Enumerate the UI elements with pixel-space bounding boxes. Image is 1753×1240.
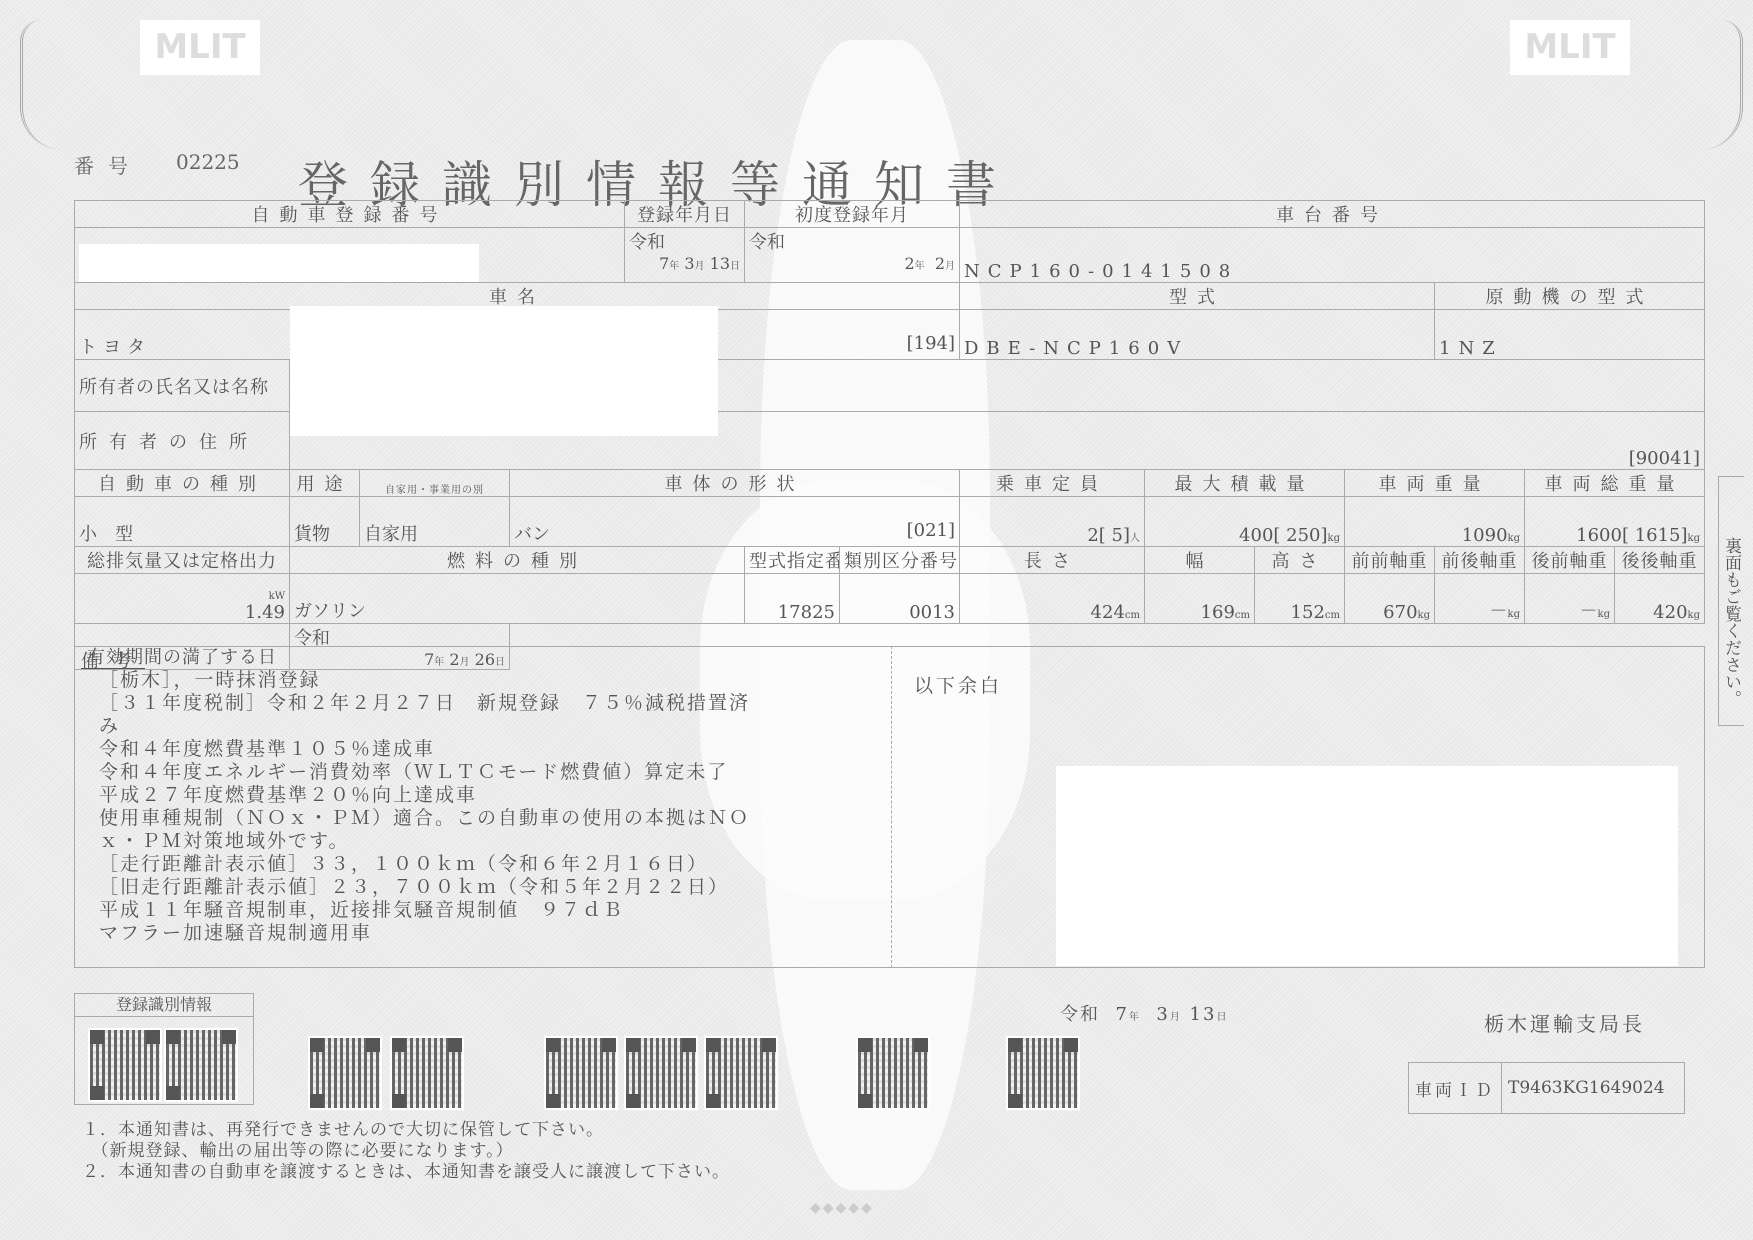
footer-notes: １．本通知書は、再発行できませんので大切に保管して下さい。 （新規登録、輸出の届… <box>82 1120 730 1183</box>
qr-code-icon <box>704 1036 778 1110</box>
unit: kg <box>1688 533 1700 544</box>
body-code: [021] <box>907 520 955 541</box>
engine-model-value: 1NZ <box>1435 310 1705 360</box>
unit: 年 <box>1129 1012 1141 1023</box>
note-line: １．本通知書は、再発行できませんので大切に保管して下さい。 <box>82 1120 730 1141</box>
watermark-logo-right: MLIT <box>1510 20 1630 75</box>
remark-line: 平成２７年度燃費基準２０％向上達成車 <box>99 784 750 807</box>
qr-code-icon <box>624 1036 698 1110</box>
remark-line: 令和４年度燃費基準１０５％達成車 <box>99 738 750 761</box>
year: 7 <box>659 254 669 273</box>
ff-axle: 670 <box>1383 602 1417 623</box>
remark-line: ［走行距離計表示値］３３，１００ｋｍ（令和６年２月１６日） <box>99 853 750 876</box>
model-value: DBE-NCP160V <box>960 310 1435 360</box>
unit: 日 <box>730 261 740 272</box>
first-registration-value: 令和 2年 2月 <box>745 228 960 283</box>
width: 169 <box>1201 602 1235 623</box>
unit: kg <box>1418 610 1430 621</box>
address-code: [90041] <box>1629 448 1700 469</box>
remark-line: 平成１１年騒音規制車，近接排気騒音規制値 ９７ｄＢ <box>99 899 750 922</box>
rf-axle: － <box>1580 601 1598 622</box>
maker-code: [194] <box>907 333 955 354</box>
fuel-type-value: ガソリン <box>290 574 745 624</box>
era: 令和 <box>629 228 740 254</box>
header-model: 型式 <box>960 283 1435 310</box>
gross-weight: 1600[ 1615] <box>1576 525 1687 546</box>
ornament-left <box>20 20 63 150</box>
remark-line: 使用車種規制（ＮＯｘ・ＰＭ）適合。この自動車の使用の本拠はＮＯ <box>99 807 750 830</box>
vehicle-id-label: 車両ＩＤ <box>1409 1063 1502 1113</box>
unit: kW <box>79 591 285 602</box>
qr-code-icon <box>544 1036 618 1110</box>
day: 13 <box>1190 1004 1217 1025</box>
watermark-logo-left: MLIT <box>140 20 260 75</box>
remark-line: ［栃木］，一時抹消登録 <box>99 669 750 692</box>
private-business-value: 自家用 <box>360 497 510 547</box>
remark-line: ｘ・ＰＭ対策地域外です。 <box>99 830 750 853</box>
capacity-value: 2[ 5]人 <box>960 497 1145 547</box>
height: 152 <box>1291 602 1325 623</box>
header-chassis-number: 車台番号 <box>960 201 1705 228</box>
owner-address-label: 所有者の住所 <box>75 412 290 470</box>
issue-date: 令和 7年 3月 13日 <box>1060 1000 1228 1026</box>
redacted-vehicle-name <box>290 306 718 436</box>
vehicle-id-box: 車両ＩＤ T9463KG1649024 <box>1408 1062 1685 1114</box>
remarks-right-section: 以下余白 <box>890 646 1705 968</box>
header-width: 幅 <box>1145 547 1255 574</box>
month: 3 <box>684 254 694 273</box>
header-registration-number: 自動車登録番号 <box>75 201 625 228</box>
header-first-registration: 初度登録年月 <box>745 201 960 228</box>
header-usage: 用途 <box>290 470 360 497</box>
remarks-section: 備考 ［栃木］，一時抹消登録［３１年度税制］令和２年２月２７日 新規登録 ７５％… <box>74 646 892 968</box>
header-category-number: 類別区分番号 <box>840 547 960 574</box>
length-value: 424cm <box>960 574 1145 624</box>
rr-axle: 420 <box>1653 602 1687 623</box>
unit: 日 <box>1216 1012 1228 1023</box>
header-private-business: 自家用・事業用の別 <box>360 470 510 497</box>
header-length: 長さ <box>960 547 1145 574</box>
registration-number-value <box>75 228 625 283</box>
body-shape: バン <box>514 524 550 545</box>
remark-line: ［旧走行距離計表示値］２３，７００ｋｍ（令和５年２月２２日） <box>99 876 750 899</box>
unit: kg <box>1598 609 1610 620</box>
remark-line: 令和４年度エネルギー消費効率（ＷＬＴＣモード燃費値）算定未了 <box>99 761 750 784</box>
day: 13 <box>710 254 730 273</box>
header-fuel-type: 燃料の種別 <box>290 547 745 574</box>
ornament-right <box>1700 20 1743 150</box>
unit: 月 <box>695 261 705 272</box>
unit: kg <box>1508 609 1520 620</box>
year: 7 <box>1115 1004 1128 1025</box>
header-registration-date: 登録年月日 <box>625 201 745 228</box>
vehicle-weight-value: 1090kg <box>1345 497 1525 547</box>
issuer: 栃木運輸支局長 <box>1484 1008 1645 1037</box>
length: 424 <box>1091 602 1125 623</box>
blank-below-text: 以下余白 <box>914 671 1002 698</box>
fr-axle: － <box>1490 601 1508 622</box>
header-height: 高さ <box>1255 547 1345 574</box>
header-engine-model: 原動機の型式 <box>1435 283 1705 310</box>
unit: cm <box>1235 610 1250 621</box>
max-load: 400[ 250] <box>1239 525 1327 546</box>
capacity: 2[ 5] <box>1087 525 1130 546</box>
qr-box-title: 登録識別情報 <box>75 994 253 1017</box>
header-capacity: 乗車定員 <box>960 470 1145 497</box>
type-designation-value: 17825 <box>745 574 840 624</box>
footer-watermark: ◆◆◆◆◆ <box>810 1200 874 1216</box>
chassis-number-value: NCP160-0141508 <box>960 228 1705 283</box>
unit: 月 <box>945 261 955 272</box>
header-displacement: 総排気量又は定格出力 <box>75 547 290 574</box>
month: 3 <box>1156 1004 1169 1025</box>
header-gross-weight: 車両総重量 <box>1525 470 1705 497</box>
header-rr-axle: 後後軸重 <box>1615 547 1705 574</box>
qr-code-icon <box>88 1028 162 1102</box>
rr-axle-value: 420kg <box>1615 574 1705 624</box>
remark-line: ［３１年度税制］令和２年２月２７日 新規登録 ７５％減税措置済 <box>99 692 750 715</box>
header-ff-axle: 前前軸重 <box>1345 547 1435 574</box>
displacement: 1.49 <box>245 602 285 623</box>
remark-line: マフラー加速騒音規制適用車 <box>99 922 750 945</box>
registration-date-value: 令和 7年 3月 13日 <box>625 228 745 283</box>
rf-axle-value: －kg <box>1525 574 1615 624</box>
note-line: ２．本通知書の自動車を譲渡するときは、本通知書を譲受人に譲渡して下さい。 <box>82 1162 730 1183</box>
header-vehicle-class: 自動車の種別 <box>75 470 290 497</box>
unit: 月 <box>1170 1012 1182 1023</box>
header-body-shape: 車体の形状 <box>510 470 960 497</box>
serial-label: 番号 <box>74 150 142 179</box>
month: 2 <box>935 254 945 273</box>
header-fr-axle: 前後軸重 <box>1435 547 1525 574</box>
qr-code-icon <box>390 1036 464 1110</box>
body-shape-value: バン [021] <box>510 497 960 547</box>
qr-code-icon <box>164 1028 238 1102</box>
height-value: 152cm <box>1255 574 1345 624</box>
unit: cm <box>1125 610 1140 621</box>
gross-weight-value: 1600[ 1615]kg <box>1525 497 1705 547</box>
header-vehicle-weight: 車両重量 <box>1345 470 1525 497</box>
unit: 人 <box>1130 533 1140 544</box>
unit: kg <box>1328 533 1340 544</box>
max-load-value: 400[ 250]kg <box>1145 497 1345 547</box>
qr-code-icon <box>1006 1036 1080 1110</box>
vehicle-weight: 1090 <box>1462 525 1508 546</box>
header-max-load: 最大積載量 <box>1145 470 1345 497</box>
vehicle-id-value: T9463KG1649024 <box>1502 1063 1671 1113</box>
qr-code-icon <box>308 1036 382 1110</box>
fr-axle-value: －kg <box>1435 574 1525 624</box>
year: 2 <box>904 254 914 273</box>
note-line: （新規登録、輸出の届出等の際に必要になります。） <box>82 1141 730 1162</box>
header-type-designation: 型式指定番号 <box>745 547 840 574</box>
unit: cm <box>1325 610 1340 621</box>
unit: 年 <box>915 261 925 272</box>
serial-number: 02225 <box>176 150 240 174</box>
width-value: 169cm <box>1145 574 1255 624</box>
unit: 年 <box>669 261 679 272</box>
remarks-lines: ［栃木］，一時抹消登録［３１年度税制］令和２年２月２７日 新規登録 ７５％減税措… <box>99 669 750 945</box>
category-number-value: 0013 <box>840 574 960 624</box>
usage-value: 貨物 <box>290 497 360 547</box>
era: 令和 <box>749 228 955 254</box>
unit: kg <box>1688 610 1700 621</box>
remark-line: み <box>99 715 750 738</box>
unit: kg <box>1508 533 1520 544</box>
displacement-value: kW1.49 <box>75 574 290 624</box>
see-reverse-note: 裏面もご覧ください。 <box>1718 476 1744 726</box>
maker: トヨタ <box>79 337 151 358</box>
era: 令和 <box>1060 1004 1100 1025</box>
owner-name-label: 所有者の氏名又は名称 <box>75 360 290 412</box>
vehicle-class-value: 小 型 <box>75 497 290 547</box>
ff-axle-value: 670kg <box>1345 574 1435 624</box>
qr-code-icon <box>856 1036 930 1110</box>
header-rf-axle: 後前軸重 <box>1525 547 1615 574</box>
